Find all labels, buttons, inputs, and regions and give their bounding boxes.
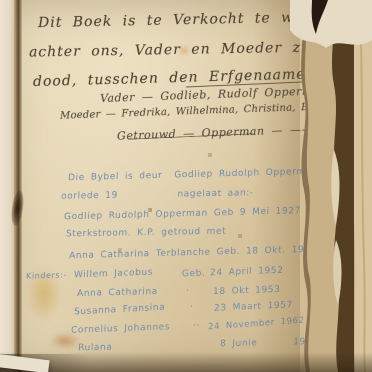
child-name: Willem Jacobus (74, 269, 153, 281)
child-name: Anna Catharina (77, 288, 158, 299)
torn-page-edges (290, 0, 372, 372)
binding-seam (14, 0, 22, 372)
child-name: Susanna Fransina (74, 304, 165, 318)
child-sep: · (186, 287, 189, 296)
child-sep: · (190, 303, 193, 312)
book-flyleaf-photo: Dit Boek is te Verkocht te worde, achter… (0, 0, 372, 372)
child-sep: ·· (193, 322, 200, 331)
kinders-label: Kinders:- (26, 271, 67, 280)
child-sep: Geb. (182, 270, 206, 280)
marriage-line: Sterkstroom. K.P. getroud met (66, 228, 227, 240)
child-name: Cornelius Johannes (71, 323, 170, 335)
previous-page-edge (0, 0, 15, 372)
oorlede-line: oorlede 19 nagelaat aan:- (61, 189, 254, 201)
